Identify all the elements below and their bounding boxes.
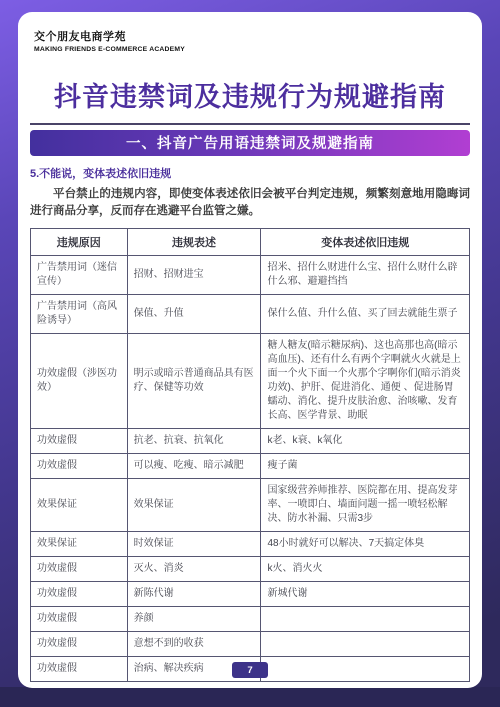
section-banner: 一、抖音广告用语违禁词及规避指南 <box>30 130 470 156</box>
table-cell: 保值、升值 <box>127 294 261 333</box>
table-cell: k火、消火火 <box>261 556 470 581</box>
page-title: 抖音违禁词及违规行为规避指南 <box>30 75 470 114</box>
table-body: 广告禁用词（迷信宣传）招财、招财进宝招米、招什么财进什么宝、招什么财什么辟什么邪… <box>31 255 470 681</box>
table-cell: 可以瘦、吃瘦、暗示减肥 <box>127 453 261 478</box>
rules-table: 违规原因违规表述变体表述依旧违规 广告禁用词（迷信宣传）招财、招财进宝招米、招什… <box>30 228 470 682</box>
table-cell: 招财、招财进宝 <box>127 255 261 294</box>
table-cell: 广告禁用词（高风险诱导） <box>31 294 128 333</box>
table-cell: 功效虚假 <box>31 656 128 681</box>
table-row: 功效虚假（涉医功效）明示或暗示普通商品具有医疗、保健等功效糖人糖友(暗示糖尿病)… <box>31 333 470 428</box>
table-cell: 功效虚假 <box>31 453 128 478</box>
table-row: 功效虚假意想不到的收获 <box>31 631 470 656</box>
table-cell: 抗老、抗衰、抗氧化 <box>127 428 261 453</box>
table-cell: 养颜 <box>127 606 261 631</box>
table-cell: 招米、招什么财进什么宝、招什么财什么辟什么邪、避避挡挡 <box>261 255 470 294</box>
table-cell: 新陈代谢 <box>127 581 261 606</box>
content-card: 交个朋友电商学苑 MAKING FRIENDS E-COMMERCE ACADE… <box>18 12 482 688</box>
table-header-cell: 违规表述 <box>127 228 261 255</box>
table-row: 功效虚假可以瘦、吃瘦、暗示减肥瘦子菌 <box>31 453 470 478</box>
table-row: 广告禁用词（高风险诱导）保值、升值保什么值、升什么值、买了回去就能生票子 <box>31 294 470 333</box>
table-cell: 功效虚假 <box>31 581 128 606</box>
table-row: 功效虚假新陈代谢新城代谢 <box>31 581 470 606</box>
table-cell: 新城代谢 <box>261 581 470 606</box>
table-header-row: 违规原因违规表述变体表述依旧违规 <box>31 228 470 255</box>
table-cell: 时效保证 <box>127 531 261 556</box>
logo-en-text: MAKING FRIENDS E-COMMERCE ACADEMY <box>34 46 470 53</box>
page-number-badge: 7 <box>232 662 268 678</box>
table-cell: k老、k衰、k氧化 <box>261 428 470 453</box>
table-cell <box>261 631 470 656</box>
table-cell: 保什么值、升什么值、买了回去就能生票子 <box>261 294 470 333</box>
table-cell: 国家级营养师推荐、医院都在用、提高发芽率、一喷即白、墙面问题一摇一喷轻松解决、防… <box>261 478 470 531</box>
table-cell: 效果保证 <box>127 478 261 531</box>
table-cell: 糖人糖友(暗示糖尿病)、这也高那也高(暗示高血压)、还有什么有两个字啊就火火就是… <box>261 333 470 428</box>
logo-cn-text: 交个朋友电商学苑 <box>34 28 470 44</box>
page-background: 交个朋友电商学苑 MAKING FRIENDS E-COMMERCE ACADE… <box>0 0 500 707</box>
table-cell: 瘦子菌 <box>261 453 470 478</box>
table-cell: 功效虚假 <box>31 606 128 631</box>
table-cell: 明示或暗示普通商品具有医疗、保健等功效 <box>127 333 261 428</box>
table-cell: 效果保证 <box>31 531 128 556</box>
table-row: 效果保证时效保证48小时就好可以解决、7天搞定体臭 <box>31 531 470 556</box>
table-cell: 广告禁用词（迷信宣传） <box>31 255 128 294</box>
table-row: 功效虚假抗老、抗衰、抗氧化k老、k衰、k氧化 <box>31 428 470 453</box>
table-cell: 功效虚假 <box>31 556 128 581</box>
table-cell: 灭火、消炎 <box>127 556 261 581</box>
table-header-cell: 违规原因 <box>31 228 128 255</box>
table-cell <box>261 606 470 631</box>
table-cell <box>261 656 470 681</box>
table-row: 功效虚假养颜 <box>31 606 470 631</box>
title-divider <box>30 123 470 125</box>
table-cell: 功效虚假 <box>31 428 128 453</box>
table-head: 违规原因违规表述变体表述依旧违规 <box>31 228 470 255</box>
table-cell: 意想不到的收获 <box>127 631 261 656</box>
section-subheading: 5.不能说，变体表述依旧违规 <box>30 165 470 181</box>
logo: 交个朋友电商学苑 MAKING FRIENDS E-COMMERCE ACADE… <box>30 26 470 53</box>
table-row: 效果保证效果保证国家级营养师推荐、医院都在用、提高发芽率、一喷即白、墙面问题一摇… <box>31 478 470 531</box>
table-cell: 48小时就好可以解决、7天搞定体臭 <box>261 531 470 556</box>
table-row: 功效虚假灭火、消炎k火、消火火 <box>31 556 470 581</box>
footer-bar <box>0 687 500 707</box>
table-row: 广告禁用词（迷信宣传）招财、招财进宝招米、招什么财进什么宝、招什么财什么辟什么邪… <box>31 255 470 294</box>
table-cell: 效果保证 <box>31 478 128 531</box>
table-cell: 功效虚假（涉医功效） <box>31 333 128 428</box>
intro-paragraph: 平台禁止的违规内容，即使变体表述依旧会被平台判定违规，频繁刻意地用隐晦词进行商品… <box>30 186 470 220</box>
table-cell: 功效虚假 <box>31 631 128 656</box>
table-header-cell: 变体表述依旧违规 <box>261 228 470 255</box>
